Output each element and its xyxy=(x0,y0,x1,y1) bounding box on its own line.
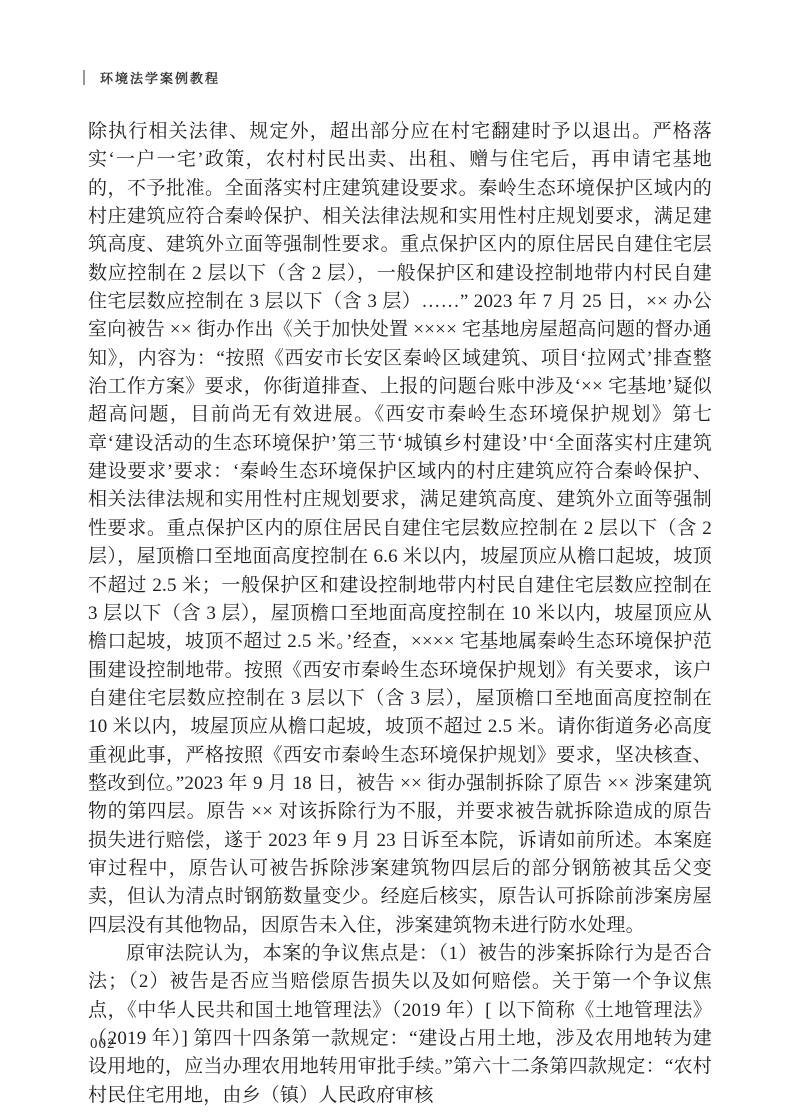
page-body: 除执行相关法律、规定外，超出部分应在村宅翻建时予以退出。严格落实‘一户一宅’政策… xyxy=(88,118,712,1110)
body-paragraph: 除执行相关法律、规定外，超出部分应在村宅翻建时予以退出。严格落实‘一户一宅’政策… xyxy=(88,118,712,940)
header-rule xyxy=(83,70,85,85)
body-paragraph: 原审法院认为，本案的争议焦点是：（1）被告的涉案拆除行为是否合法；（2）被告是否… xyxy=(88,940,712,1110)
book-title: 环境法学案例教程 xyxy=(100,68,220,87)
document-page: 环境法学案例教程 除执行相关法律、规定外，超出部分应在村宅翻建时予以退出。严格落… xyxy=(0,0,799,1114)
page-header: 环境法学案例教程 xyxy=(83,68,220,87)
page-number: 002 xyxy=(90,1036,116,1053)
